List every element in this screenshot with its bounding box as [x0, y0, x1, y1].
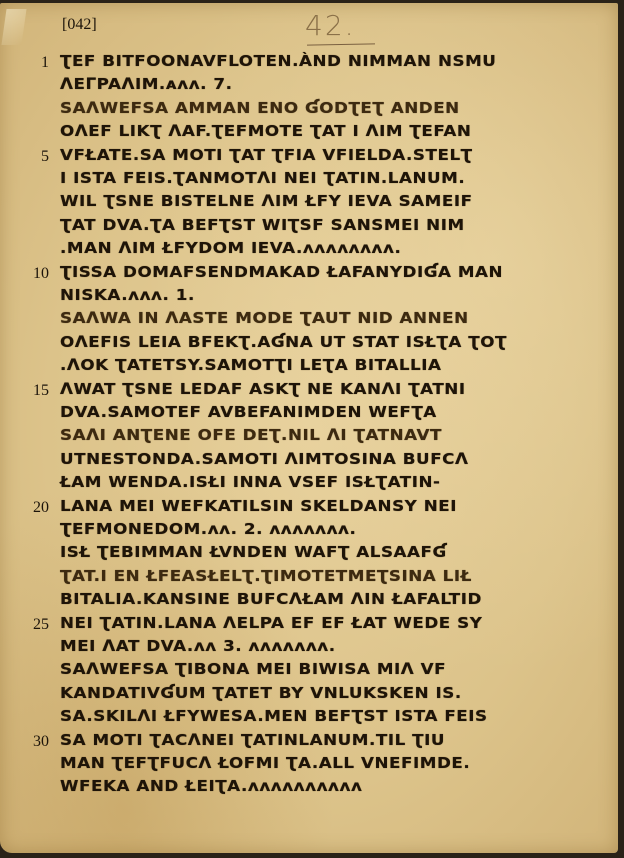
line-text: SAΛWA IN ΛASTE MODE ƮAUT NID ANNEN	[60, 309, 469, 327]
text-line: ISŁ ƮEBIMMAN ŁVNDEN WAFƮ ALSAAFƓ	[0, 541, 618, 567]
line-text: DVA.SAMOTEF AVBEFANIMDEN WEFƮA	[60, 403, 437, 421]
line-text: WIL ƮSNE BISTELNE ΛIM ŁFY IEVA SAMEIF	[60, 192, 473, 210]
text-line: I ISTA FEIS.ƮANMOTΛI NEI ƮATIN.LANUM.	[0, 167, 618, 193]
line-text: LANA MEI WEFKATILSIN SKELDANSY NEI	[60, 497, 457, 515]
text-line: 20LANA MEI WEFKATILSIN SKELDANSY NEI	[0, 495, 618, 521]
text-line: 30SA MOTI ƮACΛNEI ƮATINLANUM.TIL ƮIU	[0, 729, 618, 755]
line-text: SA MOTI ƮACΛNEI ƮATINLANUM.TIL ƮIU	[60, 731, 445, 749]
page-number-underline	[307, 43, 375, 45]
line-text: ISŁ ƮEBIMMAN ŁVNDEN WAFƮ ALSAAFƓ	[60, 543, 447, 561]
line-text: ƮAT.I EN ŁFEASŁELƮ.ƮIMOTETMEƮSINA LIŁ	[60, 567, 472, 585]
line-text: NEI ƮATIN.LANA ΛELPA EF EF ŁAT WEDE SY	[60, 614, 482, 632]
line-text: ƮISSA DOMAFSENDMAKAD ŁAFANYDIƓA MAN	[60, 263, 503, 281]
line-text: .ΛOK ƮATETSY.SAMOTƮI LEƮA BITALLIA	[60, 356, 442, 374]
text-line: .ΛOK ƮATETSY.SAMOTƮI LEƮA BITALLIA	[0, 354, 618, 380]
line-text: ŁAM WENDA.ISŁI INNA VSEF ISŁƮATIN-	[60, 473, 441, 491]
line-text: ƮEFMONEDOM.ᴧᴧ. 2. ᴧᴧᴧᴧᴧᴧᴧ.	[60, 520, 356, 538]
text-line: .MAN ΛIM ŁFYDOM IEVA.ᴧᴧᴧᴧᴧᴧᴧᴧ.	[0, 237, 618, 263]
page-number: 42.	[305, 9, 356, 42]
reference-label: [042]	[62, 16, 97, 34]
line-text: OΛEF LIKƮ ΛAF.ƮEFMOTE ƮAT I ΛIM ƮEFAN	[60, 122, 471, 140]
folded-corner	[1, 9, 26, 45]
text-line: SAΛI ANƮENE OFE DEƮ.NIL ΛI ƮATNAVT	[0, 424, 618, 450]
text-line: ƮAT DVA.ƮA BEFƮST WIƮSF SANSMEI NIM	[0, 214, 618, 240]
line-number: 10	[25, 265, 49, 283]
text-line: SAΛWEFSA ƮIBONA MEI BIWISA MIΛ VF	[0, 658, 618, 684]
text-line: MEI ΛAT DVA.ᴧᴧ 3. ᴧᴧᴧᴧᴧᴧᴧ.	[0, 635, 618, 661]
text-line: OΛEF LIKƮ ΛAF.ƮEFMOTE ƮAT I ΛIM ƮEFAN	[0, 120, 618, 146]
text-line: UTNESTONDA.SAMOTI ΛIMTOSINA BUFCΛ	[0, 448, 618, 474]
line-text: ƮEF BITFOONAVFLOTEN.ÀND NIMMAN NSMU	[60, 52, 496, 70]
text-line: SAΛWEFSA AMMAN ENO ƓODƮEƮ ANDEN	[0, 97, 618, 123]
line-text: OΛEFIS LEIA BFEKƮ.AƓNA UT STAT ISŁƮA ƮOƮ	[60, 333, 507, 351]
line-text: SAΛI ANƮENE OFE DEƮ.NIL ΛI ƮATNAVT	[60, 426, 442, 444]
text-line: 15ΛWAT ƮSNE LEDAF ASKƮ NE KANΛI ƮATNI	[0, 378, 618, 404]
line-text: KANDATIVƓUM ƮATET BY VNLUKSKEN IS.	[60, 684, 462, 702]
text-line: ƮEFMONEDOM.ᴧᴧ. 2. ᴧᴧᴧᴧᴧᴧᴧ.	[0, 518, 618, 544]
line-number: 25	[25, 616, 49, 634]
line-number: 30	[25, 733, 49, 751]
line-text: WFEKA AND ŁEIƮA.ᴧᴧᴧᴧᴧᴧᴧᴧᴧᴧ	[60, 777, 362, 795]
text-line: OΛEFIS LEIA BFEKƮ.AƓNA UT STAT ISŁƮA ƮOƮ	[0, 331, 618, 357]
text-line: ƮAT.I EN ŁFEASŁELƮ.ƮIMOTETMEƮSINA LIŁ	[0, 565, 618, 591]
line-text: ƮAT DVA.ƮA BEFƮST WIƮSF SANSMEI NIM	[60, 216, 465, 234]
line-text: .MAN ΛIM ŁFYDOM IEVA.ᴧᴧᴧᴧᴧᴧᴧᴧ.	[60, 239, 401, 257]
line-text: BITALIA.KANSINE BUFCΛŁAM ΛIN ŁAFALTID	[60, 590, 482, 608]
text-line: NISKA.ᴧᴧᴧ. 1.	[0, 284, 618, 310]
line-number: 5	[25, 148, 49, 166]
line-text: MAN ƮEFƮFUCΛ ŁOFMI ƮA.ALL VNEFIMDE.	[60, 754, 470, 772]
line-text: SAΛWEFSA ƮIBONA MEI BIWISA MIΛ VF	[60, 660, 446, 678]
line-text: VFŁATE.SA MOTI ƮAT ƮFIA VFIELDA.STELƮ	[60, 146, 473, 164]
text-line: SA.SKILΛI ŁFYWESA.MEN BEFƮST ISTA FEIS	[0, 705, 618, 731]
line-text: MEI ΛAT DVA.ᴧᴧ 3. ᴧᴧᴧᴧᴧᴧᴧ.	[60, 637, 336, 655]
text-line: SAΛWA IN ΛASTE MODE ƮAUT NID ANNEN	[0, 307, 618, 333]
text-line: 10ƮISSA DOMAFSENDMAKAD ŁAFANYDIƓA MAN	[0, 261, 618, 287]
text-line: 25NEI ƮATIN.LANA ΛELPA EF EF ŁAT WEDE SY	[0, 612, 618, 638]
text-line: KANDATIVƓUM ƮATET BY VNLUKSKEN IS.	[0, 682, 618, 708]
line-text: SA.SKILΛI ŁFYWESA.MEN BEFƮST ISTA FEIS	[60, 707, 488, 725]
line-number: 20	[25, 499, 49, 517]
text-line: MAN ƮEFƮFUCΛ ŁOFMI ƮA.ALL VNEFIMDE.	[0, 752, 618, 778]
line-text: ΛEΓPAΛIM.ᴀᴧᴧ. 7.	[60, 75, 233, 93]
text-line: BITALIA.KANSINE BUFCΛŁAM ΛIN ŁAFALTID	[0, 588, 618, 614]
line-number: 15	[25, 382, 49, 400]
text-line: 1ƮEF BITFOONAVFLOTEN.ÀND NIMMAN NSMU	[0, 50, 618, 76]
manuscript-page: [042] 42. 1ƮEF BITFOONAVFLOTEN.ÀND NIMMA…	[0, 3, 618, 853]
text-line: WIL ƮSNE BISTELNE ΛIM ŁFY IEVA SAMEIF	[0, 190, 618, 216]
line-text: NISKA.ᴧᴧᴧ. 1.	[60, 286, 195, 304]
text-line: WFEKA AND ŁEIƮA.ᴧᴧᴧᴧᴧᴧᴧᴧᴧᴧ	[0, 775, 618, 801]
line-text: I ISTA FEIS.ƮANMOTΛI NEI ƮATIN.LANUM.	[60, 169, 465, 187]
text-line: ŁAM WENDA.ISŁI INNA VSEF ISŁƮATIN-	[0, 471, 618, 497]
line-text: SAΛWEFSA AMMAN ENO ƓODƮEƮ ANDEN	[60, 99, 460, 117]
line-number: 1	[25, 54, 49, 72]
text-line: DVA.SAMOTEF AVBEFANIMDEN WEFƮA	[0, 401, 618, 427]
line-text: ΛWAT ƮSNE LEDAF ASKƮ NE KANΛI ƮATNI	[60, 380, 466, 398]
text-line: ΛEΓPAΛIM.ᴀᴧᴧ. 7.	[0, 73, 618, 99]
line-text: UTNESTONDA.SAMOTI ΛIMTOSINA BUFCΛ	[60, 450, 468, 468]
text-line: 5VFŁATE.SA MOTI ƮAT ƮFIA VFIELDA.STELƮ	[0, 144, 618, 170]
